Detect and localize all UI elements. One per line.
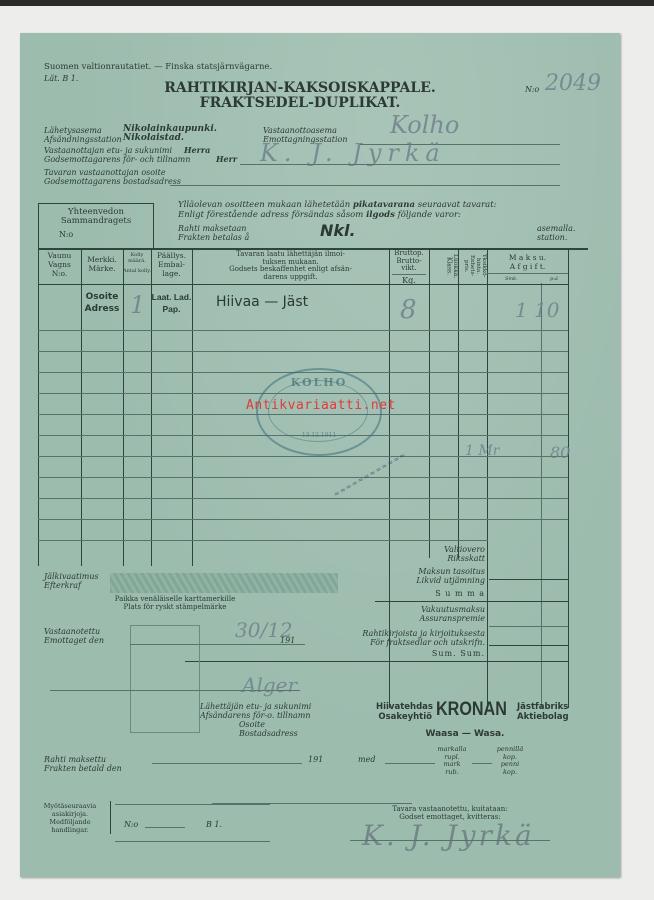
recipient-line — [240, 164, 560, 165]
weight-divider — [392, 274, 426, 275]
row-line — [38, 498, 568, 499]
paid-penni-line — [472, 763, 492, 764]
sender-address-label-fi: Osoite — [239, 720, 265, 729]
received-label-fi: Vastaanotettu — [44, 627, 100, 636]
header-weight-3: vikt. — [389, 265, 429, 273]
insurance-label-fi: Vakuutusmaksu — [340, 605, 485, 614]
paid-date-line — [152, 763, 302, 764]
terms-fi: Ylläolevan osoitteen mukaan lähetetään p… — [178, 201, 497, 210]
header-fee: M a k s u. A f g i f t. — [487, 253, 568, 271]
row-line — [38, 477, 568, 478]
sum-sum-label: Sum. Sum. — [400, 649, 485, 658]
terms-sv-a: Enligt förestående adress försändas såso… — [178, 210, 363, 220]
terms-fi-bold: pikatavarana — [353, 200, 415, 210]
attachments-bracket — [110, 801, 111, 834]
penni-units: pennillä kop. penni kop. — [492, 746, 528, 776]
header-count-fi: Kolly määrä. — [123, 252, 151, 264]
attachments-label: Myötäseuraavia asiakirjoja. Medföljande … — [34, 802, 106, 834]
row-line — [38, 351, 568, 352]
terms-sv: Enligt förestående adress försändas såso… — [178, 211, 461, 220]
send-station-sv: Nikolaistad. — [123, 134, 184, 143]
row1-description: Hiivaa — Jäst — [216, 294, 308, 310]
paid-with: med — [358, 755, 375, 764]
cod-label-sv: Efterkraf — [44, 581, 81, 590]
row1-mark-fi: Osoite — [81, 291, 123, 303]
title-finnish: RAHTIKIRJAN-KAKSOISKAPPALE. — [140, 81, 460, 96]
col-line — [429, 248, 430, 558]
watermark: Antikvariaatti.net — [246, 398, 396, 413]
stamp-date: 13.12.1911 — [258, 432, 380, 439]
header-wagon-3: N:o. — [38, 269, 81, 278]
header-mark-1: Merkki. — [81, 255, 123, 264]
row-line — [38, 519, 568, 520]
row1-mark-sv: Adress — [81, 303, 123, 315]
received-year-prefix: 191 — [280, 636, 295, 645]
header-rate: Yksikkö-hinta. Enhets-pris. — [458, 251, 487, 281]
form-code: Lät. B 1. — [44, 74, 78, 83]
row-line — [38, 330, 568, 331]
header-mark: Merkki. Märke. — [81, 255, 123, 273]
marks-units: markalla rupl. mark rub. — [434, 746, 470, 776]
terms-sv-bold: ilgods — [366, 210, 395, 220]
attachments-number-line — [145, 827, 185, 828]
header-desc-4: darens uppgift. — [192, 274, 389, 282]
recipient-label-fi: Vastaanottajan etu- ja sukunimi — [44, 146, 172, 155]
row-rate-handwritten: 1 Mr — [465, 443, 499, 459]
paid-marks-line — [385, 763, 435, 764]
row-fee-handwritten: 80 — [550, 443, 570, 462]
fee-sub-penni: p:ä — [550, 276, 558, 282]
row1-packing: Laat. Lad. Pap. — [151, 291, 192, 315]
header-mark-2: Märke. — [81, 264, 123, 273]
header-description: Tavaran laatu lähettäjän ilmoi- tuksen m… — [192, 251, 389, 281]
col-line — [568, 248, 569, 708]
header-class: Luokka. Klass. — [429, 251, 458, 281]
header-wagon-1: Vaunu — [38, 251, 81, 260]
stamp-station: KOLHO — [258, 376, 380, 389]
header-packing: Päällys. Embal- lage. — [151, 251, 192, 278]
tax-label-sv: Riksskatt — [340, 554, 485, 563]
company-fi-a: Hiivatehdas — [376, 702, 432, 712]
fee-divider — [487, 273, 568, 274]
received-label-sv: Emottaget den — [44, 636, 104, 645]
col-line — [458, 248, 459, 558]
header-wagon-2: Vagns — [38, 260, 81, 269]
summary-box: Yhteenvedon Sammandragets N:o — [38, 203, 154, 250]
receipt-label-fi: Tavara vastaanotettu, kuitataan: — [360, 805, 540, 813]
table-bottom-rule — [185, 661, 568, 662]
row-line — [38, 540, 488, 541]
send-station-label-fi: Lähetysasema — [44, 126, 102, 135]
terms-fi-b: seuraavat tavarat: — [418, 200, 497, 210]
freight-label-sv: Frakten betalas å — [178, 233, 249, 242]
attachments-form: B 1. — [206, 820, 222, 829]
header-weight: Bruttop. Brutto- vikt. — [389, 250, 429, 273]
docs-label-fi: Rahtikirjoista ja kirjoituksesta — [300, 629, 485, 638]
send-station-label-sv: Afsändningsstation — [44, 135, 122, 144]
company-sv-b: Aktiebolag — [517, 712, 569, 722]
recipient-prefix-sv: Herr — [216, 155, 237, 164]
row1-weight: 8 — [400, 295, 417, 325]
terms-fi-a: Ylläolevan osoitteen mukaan lähetetään — [178, 200, 350, 210]
freight-station: Nkl. — [320, 221, 356, 240]
company-sv-a: Jästfabriks — [517, 702, 569, 712]
document-number: 2049 — [545, 71, 601, 96]
summary-number-label: N:o — [59, 230, 153, 239]
header-count: Kolly määrä. Antal kolly. — [123, 252, 151, 274]
header-count-sv: Antal kolly. — [123, 268, 151, 274]
stamp-place-fi: Paikka venäläiselle karttamerkille — [100, 595, 250, 603]
paid-label-fi: Rahti maksettu — [44, 755, 106, 764]
kop-2: kop. — [492, 769, 528, 777]
receipt-line — [350, 840, 550, 841]
header-fee-sv: A f g i f t. — [487, 262, 568, 271]
recipient-label-sv: Godsemottagarens för- och tillnamn — [44, 155, 190, 164]
row1-packing-1: Laat. Lad. — [151, 291, 192, 303]
company-city: Waasa — Wasa. — [400, 729, 530, 739]
header-fee-fi: M a k s u. — [487, 253, 568, 262]
recv-station-label-fi: Vastaanottoasema — [263, 126, 337, 135]
header-bottom-rule — [38, 284, 568, 285]
freight-document: Suomen valtionrautatiet. — Finska statsj… — [20, 33, 620, 877]
recipient-name: K. J. Jyrkä — [260, 139, 446, 167]
header-packing-1: Päällys. — [151, 251, 192, 260]
stamp-place-sv: Plats för ryskt stämpelmärke — [100, 603, 250, 611]
company-fi-b: Osakeyhtiö — [376, 712, 432, 722]
fee-sub-marks: Smk. — [505, 276, 518, 282]
company-fi: Hiivatehdas Osakeyhtiö — [376, 702, 432, 722]
sender-address-label-sv: Bostadsadress — [239, 729, 298, 738]
receipt-signature: K. J. Jyrkä — [362, 819, 535, 852]
paid-year-prefix: 191 — [308, 755, 323, 764]
row1-mark: Osoite Adress — [81, 291, 123, 315]
tax-label-fi: Valtiovero — [340, 545, 485, 554]
sum-label: S u m m a — [400, 589, 485, 598]
docs-rule — [489, 645, 568, 646]
header-packing-3: lage. — [151, 269, 192, 278]
cod-label-fi: Jälkivaatimus — [44, 572, 99, 581]
sender-name-label-sv: Afsändarens för-o. tillnamn — [200, 711, 311, 720]
station-label-fi: asemalla. — [537, 224, 575, 233]
cod-security-pattern — [110, 573, 338, 593]
stamp-mark-box — [130, 625, 200, 733]
freight-label-fi: Rahti maksetaan — [178, 224, 246, 233]
sum-rule — [375, 601, 568, 602]
insurance-rule — [489, 626, 568, 627]
attachments-label-4: handlingar. — [34, 826, 106, 834]
scan-top-edge — [0, 0, 654, 6]
attachments-number-label: N:o — [124, 820, 138, 829]
adjust-rule — [489, 579, 568, 580]
row1-fee: 1 10 — [515, 298, 560, 322]
number-label: N:o — [525, 85, 539, 94]
address-label-sv: Godsemottagarens bostadsadress — [44, 177, 181, 186]
adjust-label-fi: Maksun tasoitus — [320, 567, 485, 576]
docs-label-sv: För fraktsedlar och utskrifn. — [300, 638, 485, 647]
insurance-label-sv: Assuranspremie — [340, 614, 485, 623]
company-sv: Jästfabriks Aktiebolag — [517, 702, 569, 722]
summary-line2: Sammandragets — [39, 217, 153, 226]
paid-label-sv: Frakten betald den — [44, 764, 122, 773]
station-label-sv: station. — [537, 233, 567, 242]
terms-sv-b: följande varor: — [398, 210, 461, 220]
address-label-fi: Tavaran vastaanottajan osoite — [44, 168, 166, 177]
row1-packing-2: Pap. — [151, 303, 192, 315]
address-line — [170, 185, 560, 186]
attachments-label-2: asiakirjoja. — [34, 810, 106, 818]
recv-station-value: Kolho — [390, 111, 459, 139]
company-name: KRONAN — [436, 699, 507, 721]
row1-count: 1 — [130, 291, 145, 319]
col-line — [487, 248, 488, 708]
attachments-label-1: Myötäseuraavia — [34, 802, 106, 810]
title-swedish: FRAKTSEDEL-DUPLIKAT. — [140, 96, 460, 111]
received-date-line — [130, 644, 305, 645]
header-wagon: Vaunu Vagns N:o. — [38, 251, 81, 278]
header-packing-2: Embal- — [151, 260, 192, 269]
recipient-prefix-fi: Herra — [184, 146, 210, 155]
railway-name: Suomen valtionrautatiet. — Finska statsj… — [44, 63, 272, 72]
attachments-bottom-line — [115, 841, 270, 842]
attachments-top-line — [115, 804, 270, 805]
attachments-label-3: Medföljande — [34, 818, 106, 826]
adjust-label-sv: Likvid utjämning — [320, 576, 485, 585]
rub: rub. — [434, 769, 470, 777]
sender-signature: Alger — [242, 673, 297, 697]
sender-name-label-fi: Lähettäjän etu- ja sukunimi — [200, 702, 311, 711]
